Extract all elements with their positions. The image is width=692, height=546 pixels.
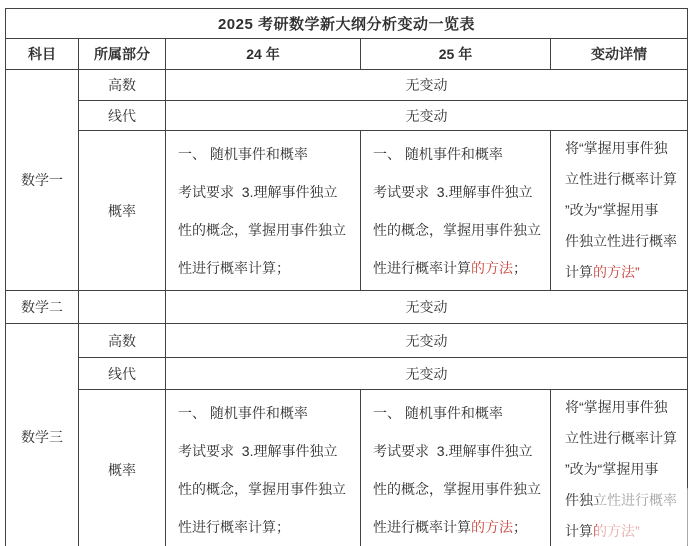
cell-math1-probability-25: 一、 随机事件和概率考试要求 3.理解事件独立性的概念，掌握用事件独立性进行概率… xyxy=(361,131,551,291)
col-header-detail: 变动详情 xyxy=(551,39,688,70)
cell-math1-linear-nochange: 无变动 xyxy=(166,101,688,131)
cell-math3-probability-detail: 将“掌握用事件独立性进行概率计算”改为“掌握用事件独立性进行概率计算的方法” xyxy=(551,390,688,546)
cell-math2-nochange: 无变动 xyxy=(166,291,688,324)
cell-math3-probability-24: 一、 随机事件和概率考试要求 3.理解事件独立性的概念，掌握用事件独立性进行概率… xyxy=(166,390,361,546)
part-cell-math3-advanced: 高数 xyxy=(79,324,166,358)
part-cell-math3-probability: 概率 xyxy=(79,390,166,546)
table-title: 2025 考研数学新大纲分析变动一览表 xyxy=(6,9,688,39)
part-cell-math1-linear: 线代 xyxy=(79,101,166,131)
col-header-year25: 25 年 xyxy=(361,39,551,70)
syllabus-change-table: 2025 考研数学新大纲分析变动一览表 科目 所属部分 24 年 25 年 变动… xyxy=(5,8,688,546)
subject-cell-math1: 数学一 xyxy=(6,70,79,291)
col-header-year24: 24 年 xyxy=(166,39,361,70)
subject-cell-math3: 数学三 xyxy=(6,324,79,546)
subject-cell-math2: 数学二 xyxy=(6,291,79,324)
cell-math3-probability-25: 一、 随机事件和概率考试要求 3.理解事件独立性的概念，掌握用事件独立性进行概率… xyxy=(361,390,551,546)
part-cell-math3-linear: 线代 xyxy=(79,358,166,390)
col-header-part: 所属部分 xyxy=(79,39,166,70)
col-header-subject: 科目 xyxy=(6,39,79,70)
part-cell-math1-probability: 概率 xyxy=(79,131,166,291)
cell-math1-probability-24: 一、 随机事件和概率考试要求 3.理解事件独立性的概念，掌握用事件独立性进行概率… xyxy=(166,131,361,291)
part-cell-math1-advanced: 高数 xyxy=(79,70,166,101)
part-cell-math2-empty xyxy=(79,291,166,324)
cell-math1-probability-detail: 将“掌握用事件独立性进行概率计算”改为“掌握用事件独立性进行概率计算的方法” xyxy=(551,131,688,291)
cell-math3-linear-nochange: 无变动 xyxy=(166,358,688,390)
cell-math3-advanced-nochange: 无变动 xyxy=(166,324,688,358)
cell-math1-advanced-nochange: 无变动 xyxy=(166,70,688,101)
